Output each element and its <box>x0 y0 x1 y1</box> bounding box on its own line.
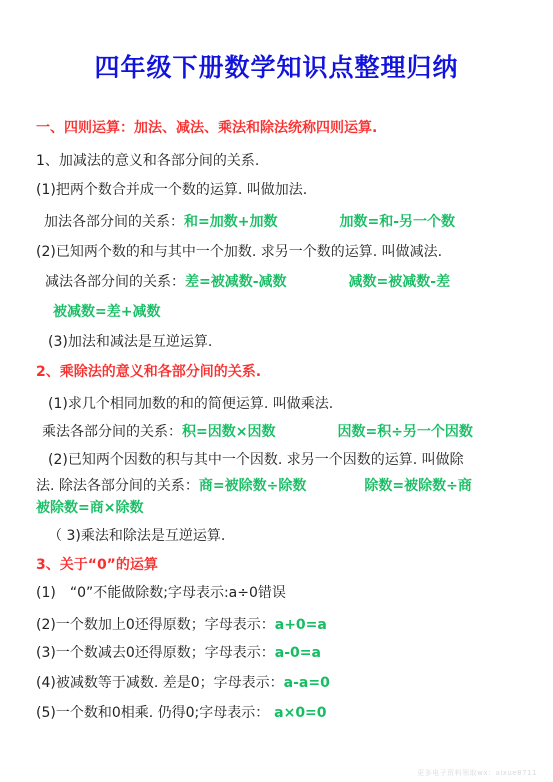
text-line: 减法各部分间的关系：差=被减数-减数减数=被减数-差 <box>36 272 525 292</box>
text-segment: (5)一个数和0相乘. 仍得0;字母表示： <box>36 705 269 721</box>
formula: a+0=a <box>275 617 327 633</box>
text-line: (5)一个数和0相乘. 仍得0;字母表示： a×0=0 <box>36 703 525 723</box>
text-line: 被除数=商×除数 <box>36 498 525 518</box>
document-page: 四年级下册数学知识点整理归纳 一、四则运算：加法、减法、乘法和除法统称四则运算.… <box>0 0 553 782</box>
formula: 减数=被减数-差 <box>349 274 451 290</box>
text-line: （ 3)乘法和除法是互逆运算. <box>36 526 525 546</box>
text-line: (2)已知两个数的和与其中一个加数. 求另一个数的运算. 叫做减法. <box>36 242 525 262</box>
text-segment: (2)已知两个因数的积与其中一个因数. 求另一个因数的运算. 叫做除 <box>48 452 464 468</box>
text-segment: 1、加减法的意义和各部分间的关系. <box>36 153 259 169</box>
formula: 商=被除数÷除数 <box>199 478 306 494</box>
text-segment: 加法各部分间的关系： <box>44 214 184 230</box>
text-line: 一、四则运算：加法、减法、乘法和除法统称四则运算. <box>36 118 525 138</box>
text-line: 3、关于“0”的运算 <box>36 555 525 575</box>
text-segment: (1)把两个数合并成一个数的运算. 叫做加法. <box>36 182 307 198</box>
text-line: 加法各部分间的关系：和=加数+加数加数=和-另一个数 <box>36 212 525 232</box>
formula: 加数=和-另一个数 <box>339 214 455 230</box>
text-segment: 2、乘除法的意义和各部分间的关系. <box>36 364 261 380</box>
text-line: 1、加减法的意义和各部分间的关系. <box>36 151 525 171</box>
text-line: 2、乘除法的意义和各部分间的关系. <box>36 362 525 382</box>
text-segment: (2)一个数加上0还得原数；字母表示： <box>36 617 275 633</box>
formula: 被除数=商×除数 <box>36 500 143 516</box>
spacer <box>306 489 364 490</box>
formula: 积=因数×因数 <box>182 424 275 440</box>
text-segment: (1) “0”不能做除数;字母表示:a÷0错误 <box>36 585 286 601</box>
text-segment: (3)一个数减去0还得原数；字母表示： <box>36 645 275 661</box>
text-segment: 法. 除法各部分间的关系： <box>36 478 199 494</box>
formula: 被减数=差+减数 <box>53 304 160 320</box>
spacer <box>287 285 349 286</box>
formula: 差=被减数-减数 <box>185 274 287 290</box>
text-segment: 3、关于“0”的运算 <box>36 557 158 573</box>
text-segment: (2)已知两个数的和与其中一个加数. 求另一个数的运算. 叫做减法. <box>36 244 442 260</box>
text-line: 法. 除法各部分间的关系：商=被除数÷除数除数=被除数÷商 <box>36 476 525 496</box>
text-segment: (1)求几个相同加数的和的简便运算. 叫做乘法. <box>48 396 333 412</box>
formula: a-0=a <box>275 645 321 661</box>
text-segment: 减法各部分间的关系： <box>45 274 185 290</box>
formula: 因数=积÷另一个因数 <box>337 424 472 440</box>
text-segment: (4)被减数等于减数. 差是0；字母表示： <box>36 675 284 691</box>
text-line: 被减数=差+减数 <box>36 302 525 322</box>
text-line: (1)把两个数合并成一个数的运算. 叫做加法. <box>36 180 525 200</box>
text-segment: 一、四则运算：加法、减法、乘法和除法统称四则运算. <box>36 120 377 136</box>
text-segment: 乘法各部分间的关系： <box>42 424 182 440</box>
formula: 和=加数+加数 <box>184 214 277 230</box>
text-line: (2)一个数加上0还得原数；字母表示：a+0=a <box>36 615 525 635</box>
formula: a-a=0 <box>284 675 330 691</box>
page-title: 四年级下册数学知识点整理归纳 <box>0 50 553 86</box>
text-line: (1)求几个相同加数的和的简便运算. 叫做乘法. <box>36 394 525 414</box>
spacer <box>277 225 339 226</box>
document-body: 一、四则运算：加法、减法、乘法和除法统称四则运算.1、加减法的意义和各部分间的关… <box>0 118 553 723</box>
text-line: (2)已知两个因数的积与其中一个因数. 求另一个因数的运算. 叫做除 <box>36 450 525 470</box>
text-segment: （ 3)乘法和除法是互逆运算. <box>48 528 225 544</box>
text-line: (4)被减数等于减数. 差是0；字母表示：a-a=0 <box>36 673 525 693</box>
formula: 除数=被除数÷商 <box>364 478 471 494</box>
text-line: (3)一个数减去0还得原数；字母表示：a-0=a <box>36 643 525 663</box>
text-line: (1) “0”不能做除数;字母表示:a÷0错误 <box>36 583 525 603</box>
text-line: 乘法各部分间的关系：积=因数×因数因数=积÷另一个因数 <box>36 422 525 442</box>
formula: a×0=0 <box>269 705 326 721</box>
spacer <box>275 435 337 436</box>
text-segment: (3)加法和减法是互逆运算. <box>48 334 212 350</box>
watermark: 更多电子资料领取wx：aixue8711 <box>417 768 537 778</box>
text-line: (3)加法和减法是互逆运算. <box>36 332 525 352</box>
